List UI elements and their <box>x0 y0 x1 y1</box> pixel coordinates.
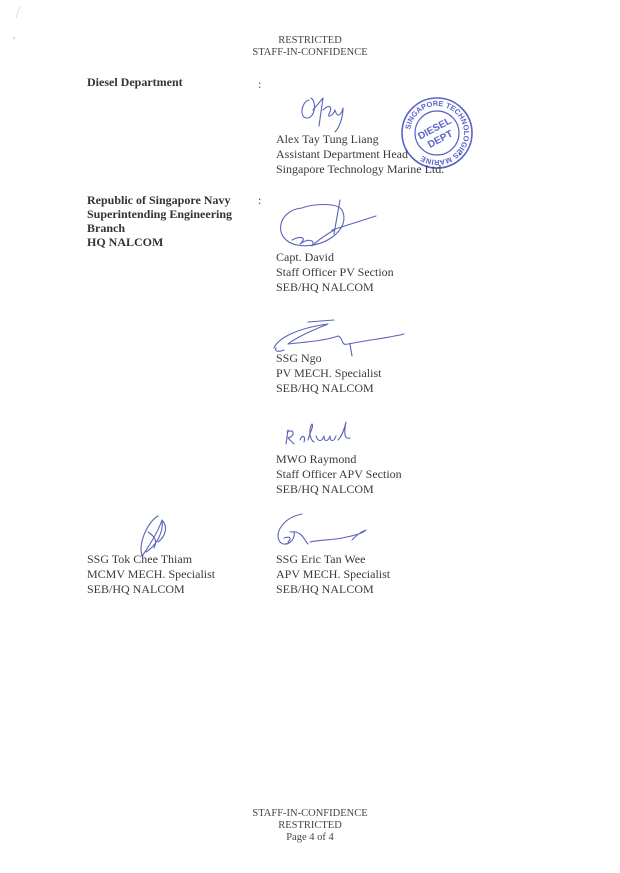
section-colon: : <box>258 193 261 208</box>
signatory-block-mwo-raymond: MWO Raymond Staff Officer APV Section SE… <box>276 452 402 497</box>
signatory-name: Capt. David <box>276 250 394 265</box>
section-label-rsn-seb: Republic of Singapore Navy Superintendin… <box>87 193 232 249</box>
scan-artifact <box>6 4 26 44</box>
signatory-org: Singapore Technology Marine Ltd. <box>276 162 444 177</box>
signatory-title: PV MECH. Specialist <box>276 366 381 381</box>
signatory-name: SSG Ngo <box>276 351 381 366</box>
signature-mwo-raymond <box>284 420 364 450</box>
signatory-name: SSG Eric Tan Wee <box>276 552 390 567</box>
section-colon: : <box>258 77 261 92</box>
signatory-block-ssg-eric: SSG Eric Tan Wee APV MECH. Specialist SE… <box>276 552 390 597</box>
page-number: Page 4 of 4 <box>0 832 620 844</box>
signatory-org: SEB/HQ NALCOM <box>276 381 381 396</box>
header-classification: RESTRICTED STAFF-IN-CONFIDENCE <box>0 35 620 59</box>
signatory-title: APV MECH. Specialist <box>276 567 390 582</box>
signatory-org: SEB/HQ NALCOM <box>87 582 215 597</box>
label-line: HQ NALCOM <box>87 235 232 249</box>
label-line: Diesel Department <box>87 75 183 89</box>
footer-restricted: RESTRICTED <box>0 820 620 832</box>
footer-staff-in-confidence: STAFF-IN-CONFIDENCE <box>0 808 620 820</box>
signature-ssg-eric <box>272 510 372 555</box>
label-line: Superintending Engineering <box>87 207 232 221</box>
signatory-block-alex-tay: Alex Tay Tung Liang Assistant Department… <box>276 132 444 177</box>
signatory-title: Staff Officer APV Section <box>276 467 402 482</box>
signatory-name: MWO Raymond <box>276 452 402 467</box>
signatory-block-capt-david: Capt. David Staff Officer PV Section SEB… <box>276 250 394 295</box>
signatory-title: Assistant Department Head <box>276 147 444 162</box>
signatory-name: SSG Tok Chee Thiam <box>87 552 215 567</box>
signatory-title: Staff Officer PV Section <box>276 265 394 280</box>
header-staff-in-confidence: STAFF-IN-CONFIDENCE <box>0 47 620 59</box>
signatory-block-ssg-tok: SSG Tok Chee Thiam MCMV MECH. Specialist… <box>87 552 215 597</box>
signatory-org: SEB/HQ NALCOM <box>276 482 402 497</box>
header-restricted: RESTRICTED <box>0 35 620 47</box>
section-label-diesel-department: Diesel Department <box>87 75 183 89</box>
signatory-block-ssg-ngo: SSG Ngo PV MECH. Specialist SEB/HQ NALCO… <box>276 351 381 396</box>
signatory-name: Alex Tay Tung Liang <box>276 132 444 147</box>
label-line: Branch <box>87 221 232 235</box>
signature-alex-tay <box>295 88 365 133</box>
signatory-org: SEB/HQ NALCOM <box>276 582 390 597</box>
footer-classification: STAFF-IN-CONFIDENCE RESTRICTED Page 4 of… <box>0 808 620 844</box>
signatory-title: MCMV MECH. Specialist <box>87 567 215 582</box>
signatory-org: SEB/HQ NALCOM <box>276 280 394 295</box>
label-line: Republic of Singapore Navy <box>87 193 232 207</box>
